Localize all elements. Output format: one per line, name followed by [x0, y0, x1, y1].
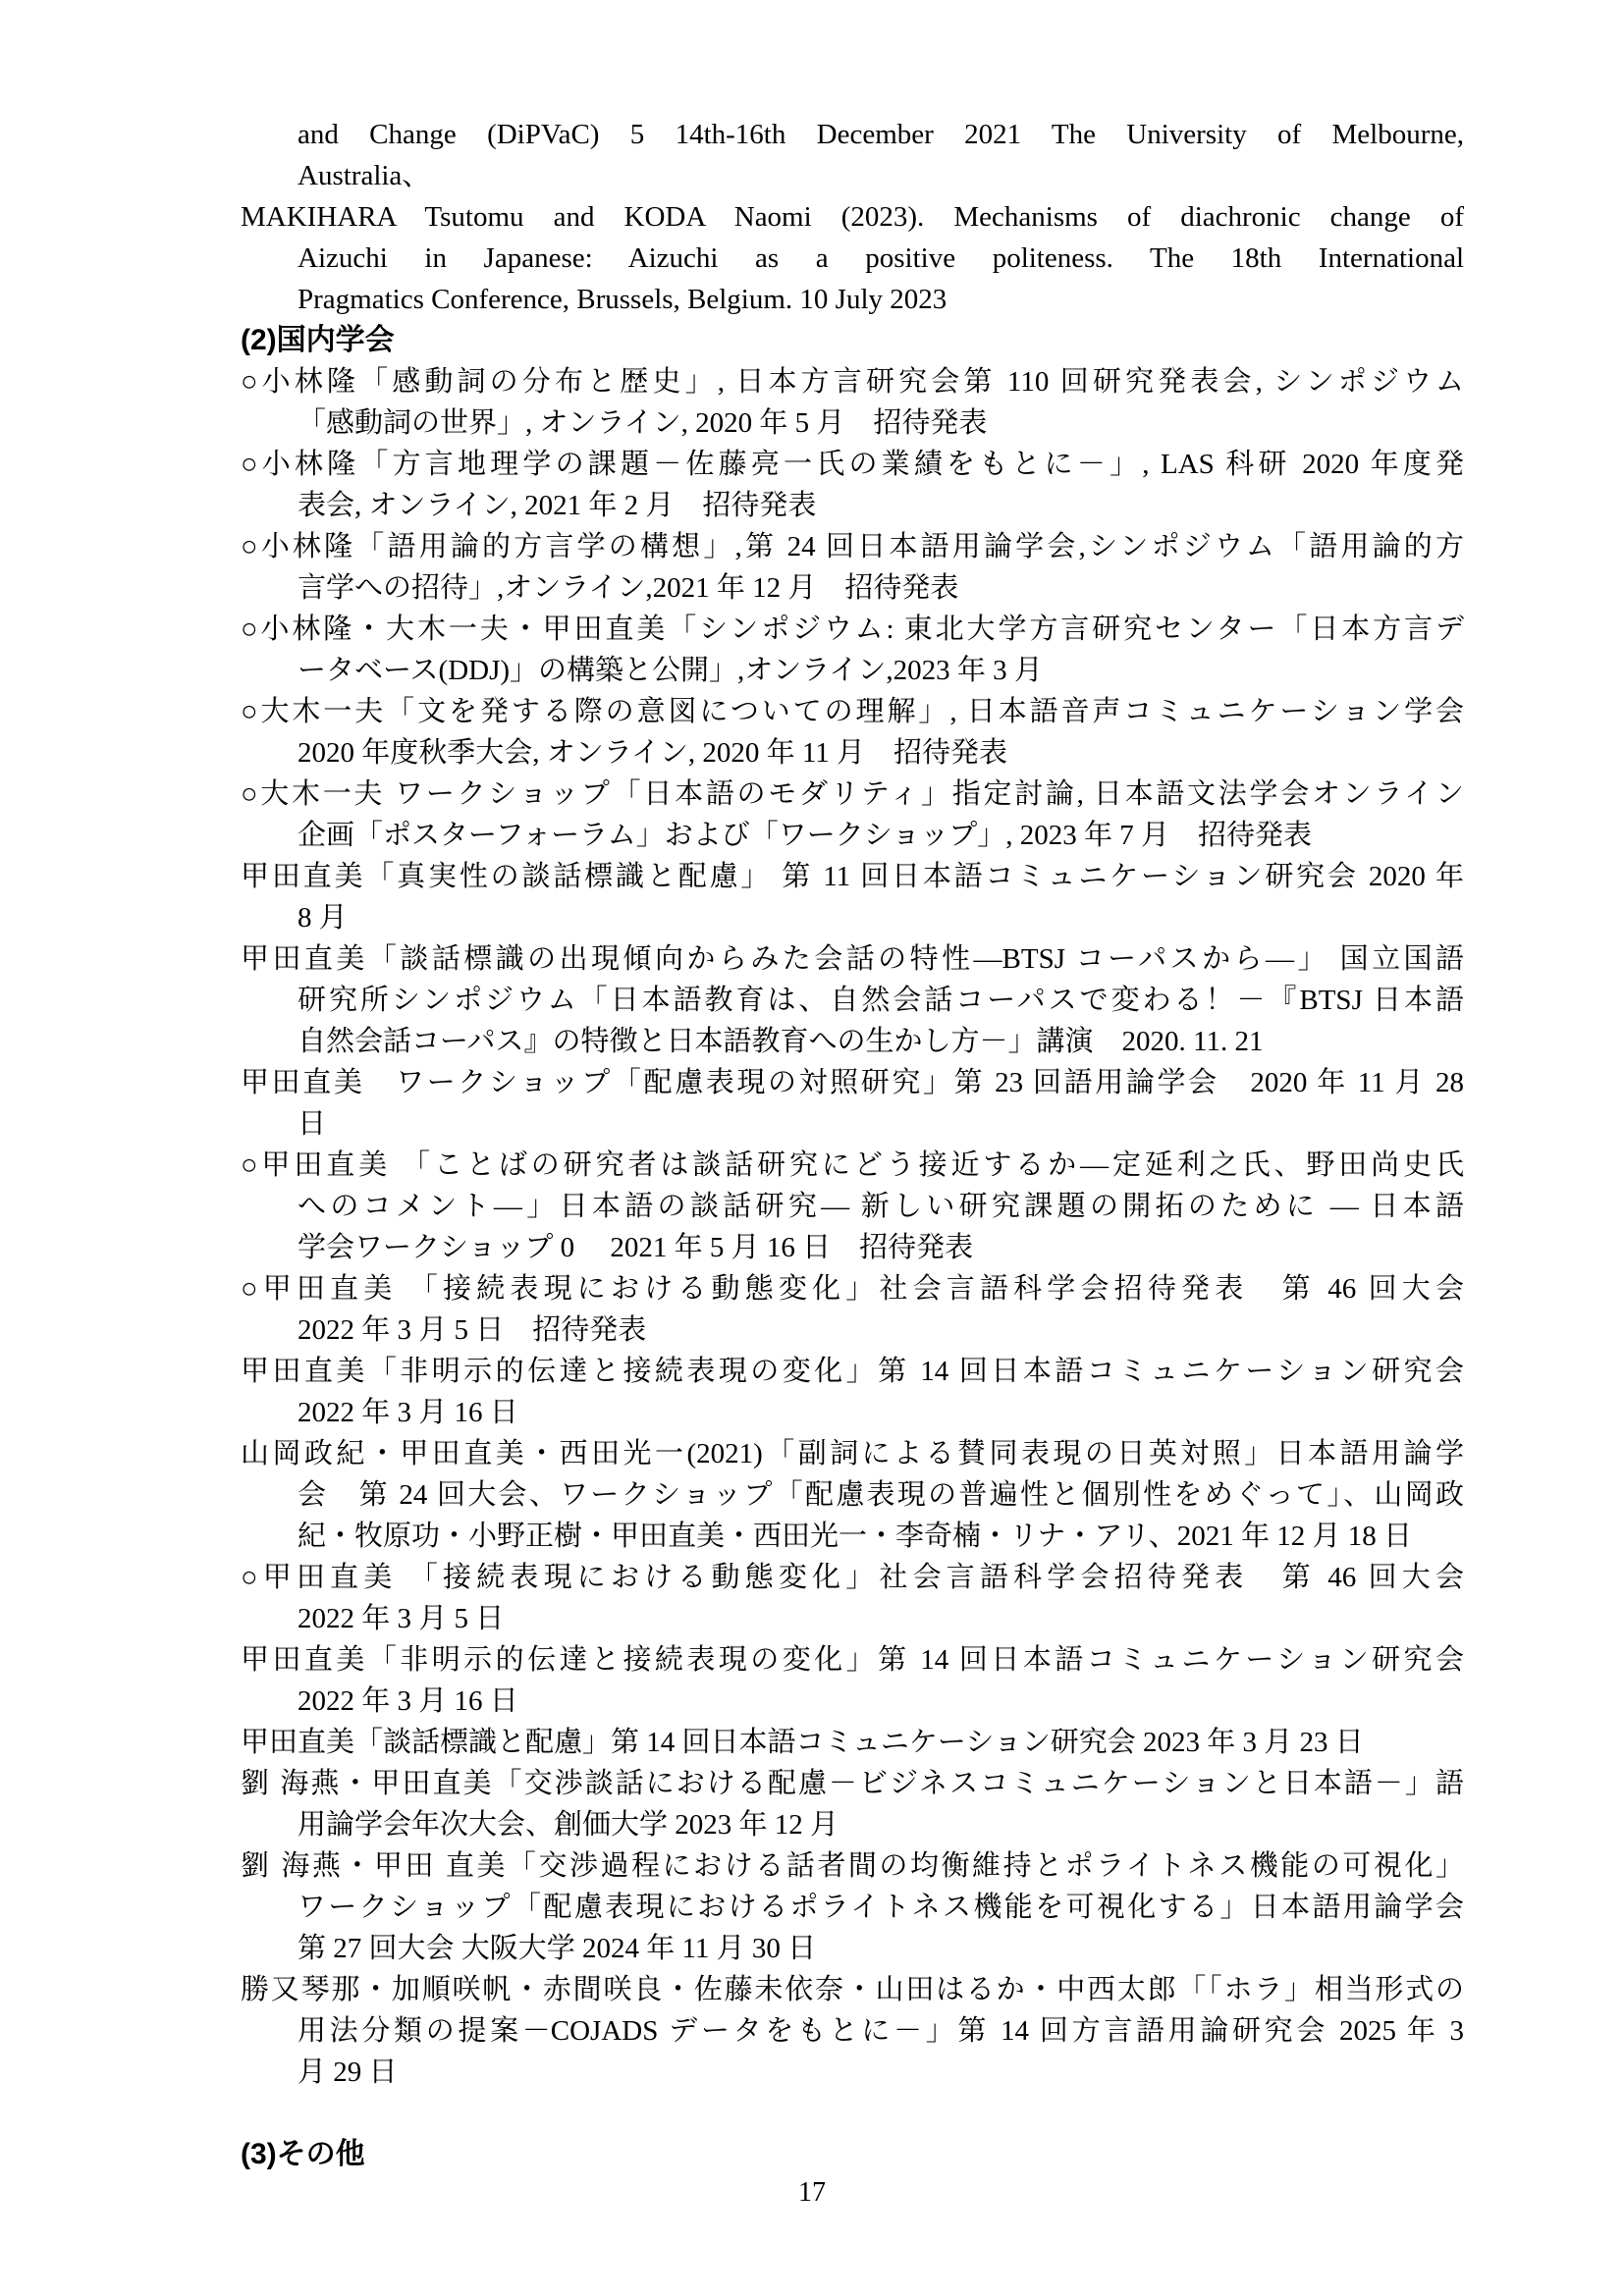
document-line: 自然会話コーパス』の特徴と日本語教育への生かし方－」講演 2020. 11. 2…: [241, 1021, 1464, 1062]
document-line: 山岡政紀・甲田直美・西田光一(2021)「副詞による賛同表現の日英対照」日本語用…: [241, 1433, 1464, 1474]
document-page: and Change (DiPVaC) 5 14th-16th December…: [0, 0, 1624, 2296]
document-line: 甲田直美「非明示的伝達と接続表現の変化」第 14 回日本語コミュニケーション研究…: [241, 1351, 1464, 1392]
document-line: 用論学会年次大会、創価大学 2023 年 12 月: [241, 1804, 1464, 1845]
document-line: 用法分類の提案－COJADS データをもとに－」第 14 回方言語用論研究会 2…: [241, 2010, 1464, 2052]
document-line: 甲田直美「真実性の談話標識と配慮」 第 11 回日本語コミュニケーション研究会 …: [241, 856, 1464, 897]
document-line: Aizuchi in Japanese: Aizuchi as a positi…: [241, 238, 1464, 279]
document-line: 劉 海燕・甲田直美「交渉談話における配慮－ビジネスコミュニケーションと日本語－」…: [241, 1763, 1464, 1804]
document-line: 「感動詞の世界」, オンライン, 2020 年 5 月 招待発表: [241, 402, 1464, 444]
page-number: 17: [0, 2177, 1624, 2209]
document-line: ○大木一夫 ワークショップ「日本語のモダリティ」指定討論, 日本語文法学会オンラ…: [241, 774, 1464, 815]
document-line: 甲田直美「非明示的伝達と接続表現の変化」第 14 回日本語コミュニケーション研究…: [241, 1639, 1464, 1681]
document-line: 研究所シンポジウム「日本語教育は、自然会話コーパスで変わる！－『BTSJ 日本語: [241, 980, 1464, 1021]
document-line: 劉 海燕・甲田 直美「交渉過程における話者間の均衡維持とポライトネス機能の可視化…: [241, 1845, 1464, 1887]
document-line: 8 月: [241, 897, 1464, 938]
document-line: and Change (DiPVaC) 5 14th-16th December…: [241, 114, 1464, 155]
document-line: ○小林隆「感動詞の分布と歴史」, 日本方言研究会第 110 回研究発表会, シン…: [241, 361, 1464, 402]
document-line: 学会ワークショップ 0 2021 年 5 月 16 日 招待発表: [241, 1227, 1464, 1268]
document-line: 甲田直美 ワークショップ「配慮表現の対照研究」第 23 回語用論学会 2020 …: [241, 1062, 1464, 1103]
document-line: へのコメント―」日本語の談話研究― 新しい研究課題の開拓のために ― 日本語: [241, 1186, 1464, 1227]
document-line: ○小林隆「方言地理学の課題－佐藤亮一氏の業績をもとに－」, LAS 科研 202…: [241, 444, 1464, 485]
document-line: ○甲田直美 「接続表現における動態変化」社会言語科学会招待発表 第 46 回大会: [241, 1268, 1464, 1309]
document-line: 2022 年 3 月 5 日 招待発表: [241, 1309, 1464, 1351]
document-line: Australia、: [241, 155, 1464, 196]
document-line: ータベース(DDJ)」の構築と公開」,オンライン,2023 年 3 月: [241, 650, 1464, 691]
document-line: Pragmatics Conference, Brussels, Belgium…: [241, 279, 1464, 320]
document-line: 紀・牧原功・小野正樹・甲田直美・西田光一・李奇楠・リナ・アリ、2021 年 12…: [241, 1516, 1464, 1557]
document-line: ○甲田直美 「接続表現における動態変化」社会言語科学会招待発表 第 46 回大会: [241, 1557, 1464, 1598]
document-line: 表会, オンライン, 2021 年 2 月 招待発表: [241, 485, 1464, 526]
document-line: 2022 年 3 月 16 日: [241, 1392, 1464, 1433]
document-line: 2022 年 3 月 5 日: [241, 1598, 1464, 1639]
section-heading: (3)その他: [241, 2134, 1464, 2175]
document-line: 甲田直美「談話標識の出現傾向からみた会話の特性―BTSJ コーパスから―」 国立…: [241, 938, 1464, 980]
document-line: ○小林隆「語用論的方言学の構想」,第 24 回日本語用論学会,シンポジウム「語用…: [241, 526, 1464, 567]
document-line: ○甲田直美 「ことばの研究者は談話研究にどう接近するか―定延利之氏、野田尚史氏: [241, 1145, 1464, 1186]
document-line: MAKIHARA Tsutomu and KODA Naomi (2023). …: [241, 196, 1464, 238]
document-line: 勝又琴那・加順咲帆・赤間咲良・佐藤未依奈・山田はるか・中西太郎「「ホラ」相当形式…: [241, 1969, 1464, 2010]
document-line: 言学への招待」,オンライン,2021 年 12 月 招待発表: [241, 567, 1464, 609]
document-line: 第 27 回大会 大阪大学 2024 年 11 月 30 日: [241, 1928, 1464, 1969]
document-content: and Change (DiPVaC) 5 14th-16th December…: [241, 114, 1464, 2175]
document-line: ○大木一夫「文を発する際の意図についての理解」, 日本語音声コミュニケーション学…: [241, 691, 1464, 732]
document-line: 会 第 24 回大会、ワークショップ「配慮表現の普遍性と個別性をめぐって」、山岡…: [241, 1474, 1464, 1516]
document-line: ○小林隆・大木一夫・甲田直美「シンポジウム: 東北大学方言研究センター「日本方言…: [241, 609, 1464, 650]
document-line: 企画「ポスターフォーラム」および「ワークショップ」, 2023 年 7 月 招待…: [241, 815, 1464, 856]
document-line: 2022 年 3 月 16 日: [241, 1681, 1464, 1722]
document-line: 2020 年度秋季大会, オンライン, 2020 年 11 月 招待発表: [241, 732, 1464, 774]
document-line: 月 29 日: [241, 2052, 1464, 2093]
document-line: 日: [241, 1103, 1464, 1145]
document-line: 甲田直美「談話標識と配慮」第 14 回日本語コミュニケーション研究会 2023 …: [241, 1722, 1464, 1763]
section-heading: (2)国内学会: [241, 320, 1464, 361]
document-line: ワークショップ「配慮表現におけるポライトネス機能を可視化する」日本語用論学会: [241, 1887, 1464, 1928]
